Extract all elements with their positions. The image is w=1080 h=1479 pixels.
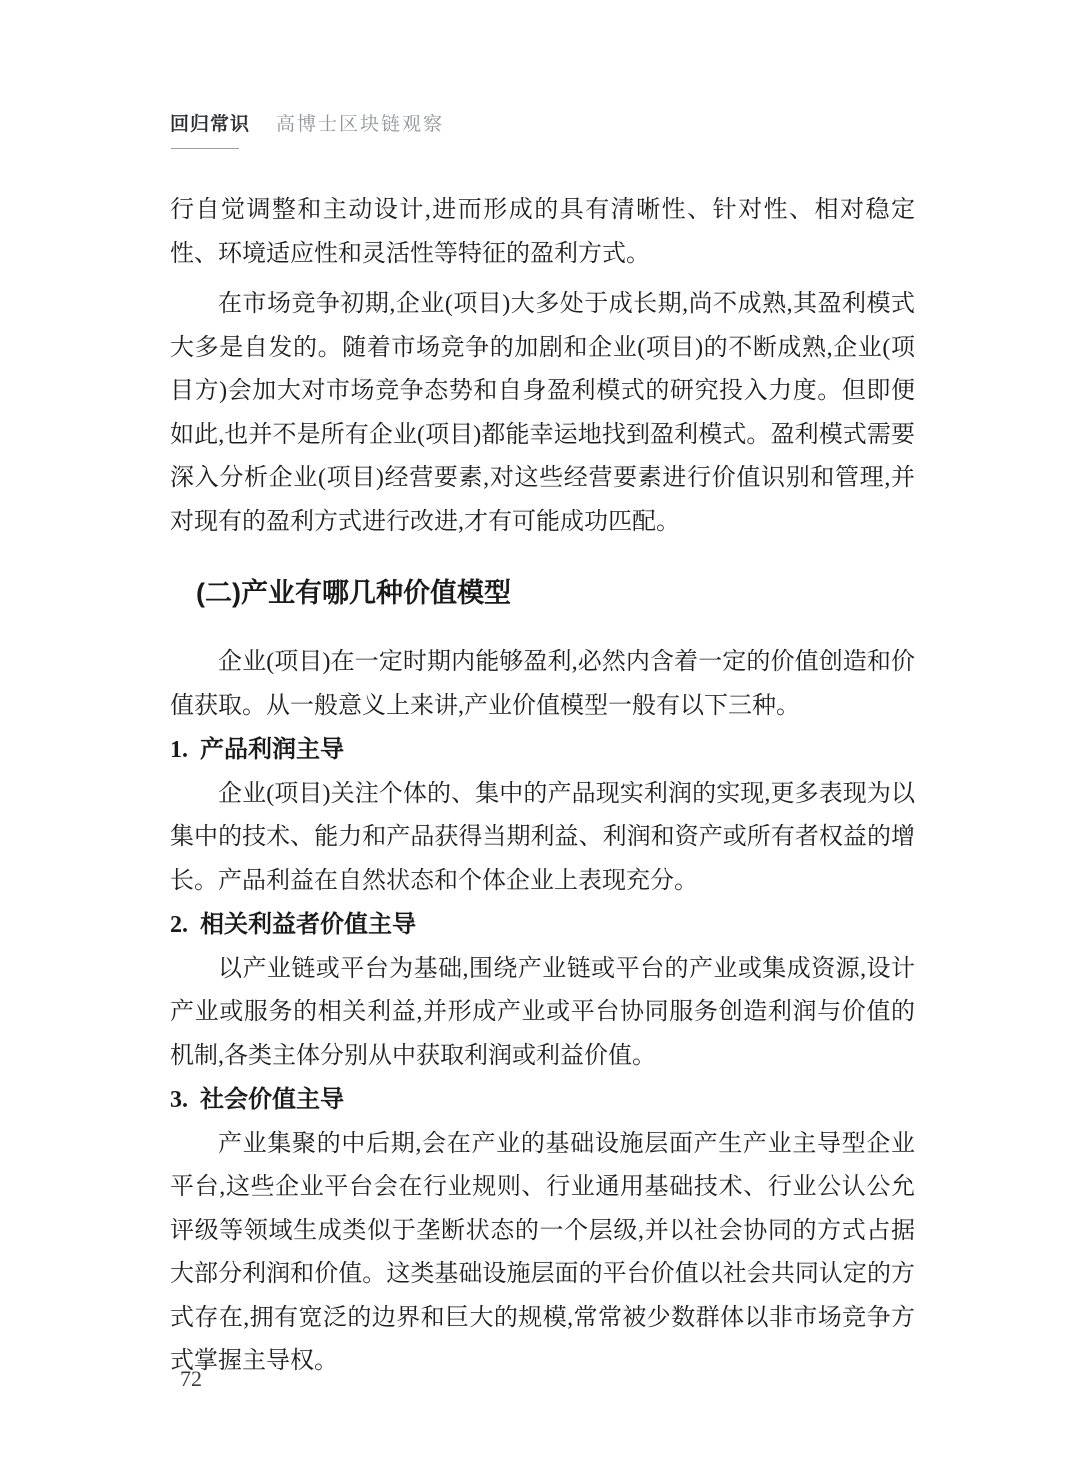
section-heading: (二)产业有哪几种价值模型 <box>170 573 915 613</box>
page-body: 行自觉调整和主动设计,进而形成的具有清晰性、针对性、相对稳定性、环境适应性和灵活… <box>170 189 915 1384</box>
subsection-number: 2. <box>170 912 188 938</box>
subsection-title: 产品利润主导 <box>200 736 344 763</box>
subsection-heading-2: 2.相关利益者价值主导 <box>170 903 915 948</box>
subsection-heading-3: 3.社会价值主导 <box>170 1078 915 1123</box>
body-paragraph: 在市场竞争初期,企业(项目)大多处于成长期,尚不成熟,其盈利模式大多是自发的。随… <box>170 283 915 544</box>
subsection-title: 社会价值主导 <box>200 1086 344 1113</box>
body-paragraph: 企业(项目)关注个体的、集中的产品现实利润的实现,更多表现为以集中的技术、能力和… <box>170 773 915 904</box>
body-paragraph: 产业集聚的中后期,会在产业的基础设施层面产生产业主导型企业平台,这些企业平台会在… <box>170 1123 915 1384</box>
subsection-number: 1. <box>170 737 188 763</box>
header-underline-rule <box>171 148 239 149</box>
subsection-title: 相关利益者价值主导 <box>200 911 416 938</box>
page-number: 72 <box>180 1366 202 1392</box>
body-paragraph-continuation: 行自觉调整和主动设计,进而形成的具有清晰性、针对性、相对稳定性、环境适应性和灵活… <box>170 189 915 276</box>
book-page: 回归常识高博士区块链观察 行自觉调整和主动设计,进而形成的具有清晰性、针对性、相… <box>0 0 1080 1479</box>
body-paragraph: 以产业链或平台为基础,围绕产业链或平台的产业或集成资源,设计产业或服务的相关利益… <box>170 948 915 1079</box>
running-header-column-title: 高博士区块链观察 <box>276 114 444 135</box>
subsection-heading-1: 1.产品利润主导 <box>170 728 915 773</box>
running-header-book-title: 回归常识 <box>170 114 250 135</box>
running-header: 回归常识高博士区块链观察 <box>170 111 444 139</box>
body-paragraph: 企业(项目)在一定时期内能够盈利,必然内含着一定的价值创造和价值获取。从一般意义… <box>170 641 915 728</box>
subsection-number: 3. <box>170 1087 188 1113</box>
